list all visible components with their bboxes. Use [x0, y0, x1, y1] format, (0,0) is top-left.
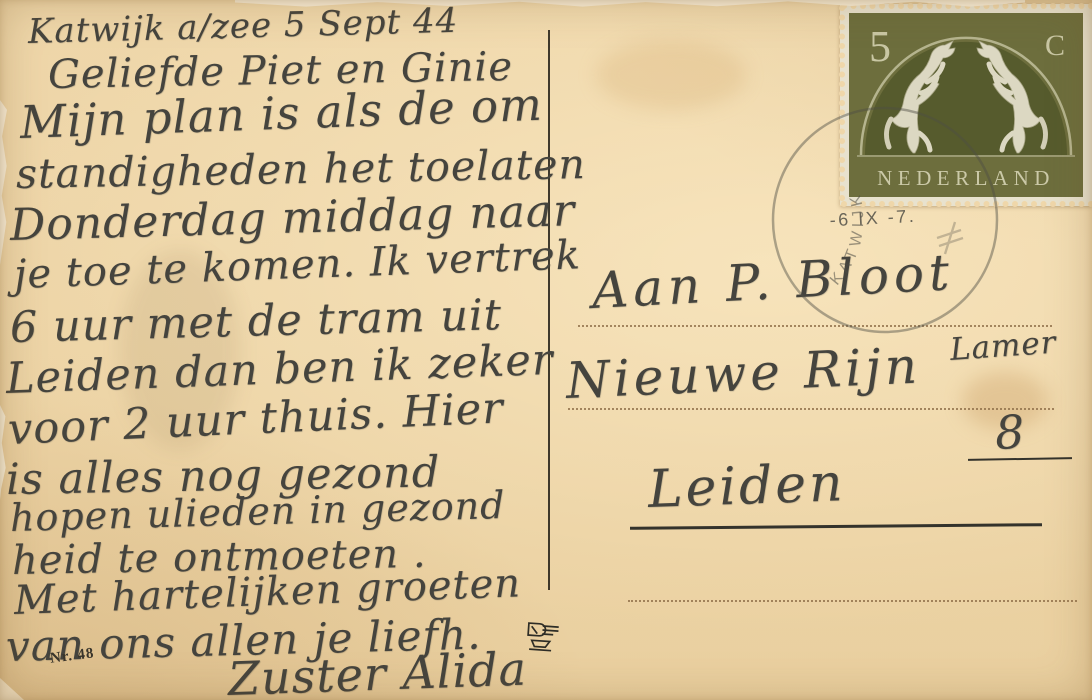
postmark-smudge	[937, 222, 963, 254]
stamp-denomination: 5	[869, 22, 891, 71]
address-rule-2	[568, 408, 1054, 410]
postmark-date: -6 IX -7.	[829, 206, 916, 231]
paper-stain	[596, 40, 746, 110]
stamp-currency-letter: C	[1045, 29, 1065, 62]
postcard-scan: Katwijk a/zee 5 Sept 44 Geliefde Piet en…	[0, 0, 1092, 700]
address-house-number: 8	[994, 404, 1027, 460]
address-rule-3	[628, 600, 1077, 602]
svg-text:KATWIJK: KATWIJK	[827, 189, 867, 289]
publisher-logo-icon	[521, 619, 563, 656]
signature: Zuster Alida	[227, 642, 528, 700]
postmark: KATWIJK -6 IX -7.	[735, 90, 1045, 350]
address-city: Leiden	[647, 453, 846, 520]
center-divider-line	[548, 30, 550, 590]
postmark-town: KATWIJK	[827, 189, 867, 289]
